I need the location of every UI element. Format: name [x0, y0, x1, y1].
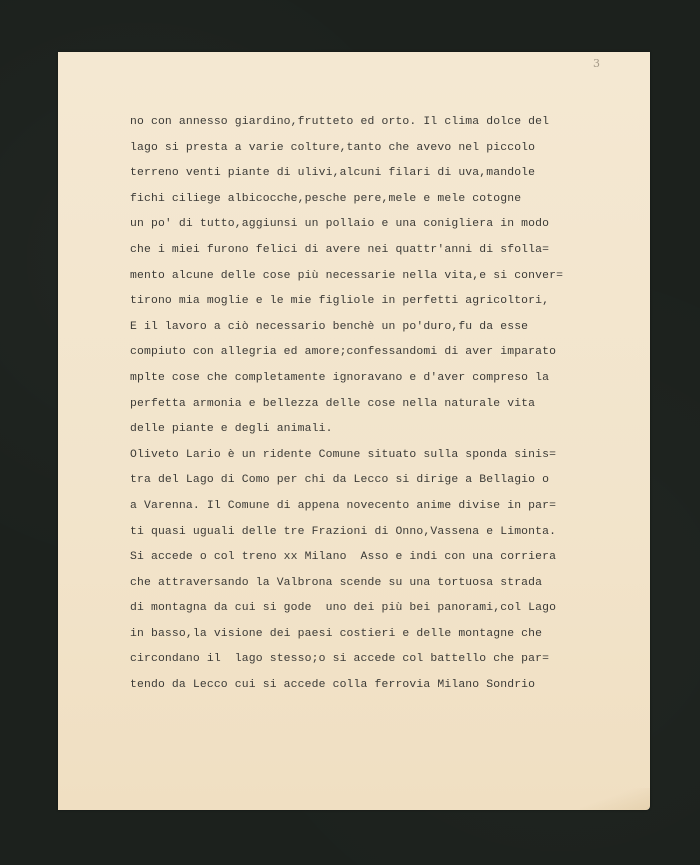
text-line: di montagna da cui si gode uno dei più b…	[130, 596, 630, 622]
text-line: mplte cose che completamente ignoravano …	[130, 366, 630, 392]
text-line: tra del Lago di Como per chi da Lecco si…	[130, 468, 630, 494]
text-line: Oliveto Lario è un ridente Comune situat…	[130, 443, 630, 469]
text-line: tirono mia moglie e le mie figliole in p…	[130, 289, 630, 315]
text-line: lago si presta a varie colture,tanto che…	[130, 136, 630, 162]
text-line: mento alcune delle cose più necessarie n…	[130, 264, 630, 290]
text-line: tendo da Lecco cui si accede colla ferro…	[130, 673, 630, 699]
typewritten-text-block: no con annesso giardino,frutteto ed orto…	[130, 110, 630, 699]
paper-page: 3 no con annesso giardino,frutteto ed or…	[58, 52, 650, 810]
text-line: in basso,la visione dei paesi costieri e…	[130, 622, 630, 648]
text-line: circondano il lago stesso;o si accede co…	[130, 647, 630, 673]
text-line: terreno venti piante di ulivi,alcuni fil…	[130, 161, 630, 187]
paragraph-2: Oliveto Lario è un ridente Comune situat…	[130, 443, 630, 699]
text-line: no con annesso giardino,frutteto ed orto…	[130, 110, 630, 136]
text-line: delle piante e degli animali.	[130, 417, 630, 443]
text-line: che i miei furono felici di avere nei qu…	[130, 238, 630, 264]
text-line: a Varenna. Il Comune di appena novecento…	[130, 494, 630, 520]
paragraph-1: no con annesso giardino,frutteto ed orto…	[130, 110, 630, 443]
text-line: compiuto con allegria ed amore;confessan…	[130, 340, 630, 366]
text-line: fichi ciliege albicocche,pesche pere,mel…	[130, 187, 630, 213]
page-corner-mark: 3	[593, 57, 600, 70]
text-line: Si accede o col treno xx Milano Asso e i…	[130, 545, 630, 571]
text-line: E il lavoro a ciò necessario benchè un p…	[130, 315, 630, 341]
text-line: perfetta armonia e bellezza delle cose n…	[130, 392, 630, 418]
text-line: ti quasi uguali delle tre Frazioni di On…	[130, 520, 630, 546]
text-line: un po' di tutto,aggiunsi un pollaio e un…	[130, 212, 630, 238]
text-line: che attraversando la Valbrona scende su …	[130, 571, 630, 597]
